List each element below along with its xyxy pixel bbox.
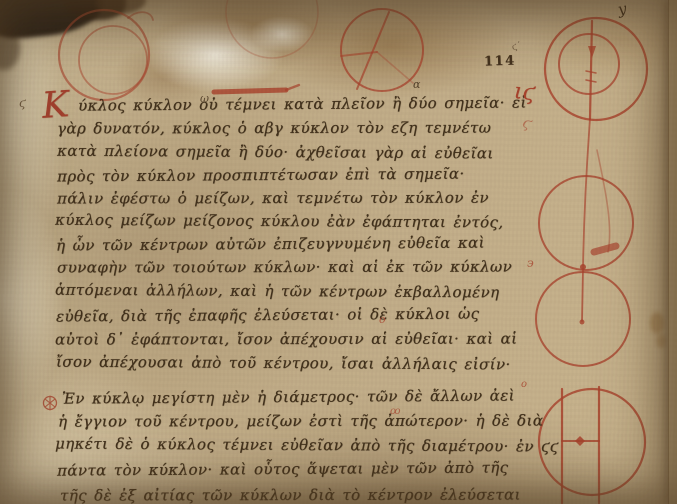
red-inline-omicron: ο: [379, 313, 386, 326]
manuscript-text-line: πάντα τὸν κύκλον· καὶ οὗτος ἅψεται μὲν τ…: [57, 458, 508, 479]
page-fore-edge: [668, 0, 677, 504]
red-small-omicron: ο: [521, 379, 527, 390]
red-proposition-number: ιϛ: [513, 79, 536, 106]
manuscript-text-line: κατὰ πλείονα σημεῖα ἢ δύο· ἀχθεῖσαι γὰρ …: [57, 142, 494, 163]
red-margin-mark: ϶: [527, 256, 534, 270]
edge-stain: [650, 312, 664, 334]
manuscript-text-line: ἴσον ἀπέχουσαι ἀπὸ τοῦ κέντρου, ἴσαι ἀλλ…: [56, 353, 511, 374]
manuscript-text-line: ἁπτόμεναι ἀλλήλων, καὶ ἡ τῶν κέντρων ἐκβ…: [55, 281, 500, 302]
margin-stigma-mark: ϛ: [19, 96, 26, 110]
manuscript-text-line: πρὸς τὸν κύκλον προσπιπτέτωσαν ἐπὶ τὰ ση…: [57, 165, 465, 186]
manuscript-text-line: γὰρ δυνατόν, κύκλος ὁ αβγ κύκλον τὸν εζη…: [57, 119, 491, 138]
superscript-omega: ω: [200, 92, 209, 105]
manuscript-text-line: εὐθεῖα, διὰ τῆς ἐπαφῆς ἐλεύσεται· οἱ δὲ …: [56, 305, 479, 326]
manuscript-text-line: Ἐν κύκλῳ μεγίστη μὲν ἡ διάμετρος· τῶν δὲ…: [62, 386, 515, 407]
manuscript-text-line: ἡ ὦν τῶν κέντρων αὐτῶν ἐπιζευγνυμένη εὐθ…: [56, 234, 485, 255]
manuscript-text-line: τῆς δὲ ἐξ αἰτίας τῶν κύκλων διὰ τὸ κέντρ…: [60, 486, 521, 504]
folio-number: 114: [484, 53, 516, 69]
text-block: Κ ύκλος κύκλον οὐ τέμνει κατὰ πλεῖον ἢ δ…: [0, 0, 677, 504]
manuscript-text-line: συναφὴν τῶν τοιούτων κύκλων· καὶ αἱ ἐκ τ…: [57, 258, 512, 277]
superscript-alpha: α: [413, 78, 420, 91]
manuscript-text-line: ύκλος κύκλον οὐ τέμνει κατὰ πλεῖον ἢ δύο…: [78, 93, 527, 114]
manuscript-text-line: κύκλος μείζων μείζονος κύκλου ἐὰν ἐφάπτη…: [55, 211, 504, 232]
red-double-omicron: οο: [390, 406, 399, 417]
manuscript-text-line: πάλιν ἐφέστω ὁ μείζων, καὶ τεμνέτω τὸν κ…: [57, 189, 489, 208]
manuscript-text-line: ἡ ἔγγιον τοῦ κέντρου, μείζων ἐστὶ τῆς ἀπ…: [58, 411, 543, 430]
edge-stain: [656, 334, 666, 348]
manuscript-photo: Κ ύκλος κύκλον οὐ τέμνει κατὰ πλεῖον ἢ δ…: [0, 0, 677, 504]
manuscript-text-line: αὐτοὶ δ᾽ ἐφάπτονται, ἴσον ἀπέχουσιν αἱ ε…: [55, 330, 517, 349]
manuscript-text-line: μηκέτι δὲ ὁ κύκλος τέμνει εὐθεῖαν ἀπὸ τῆ…: [55, 434, 559, 455]
